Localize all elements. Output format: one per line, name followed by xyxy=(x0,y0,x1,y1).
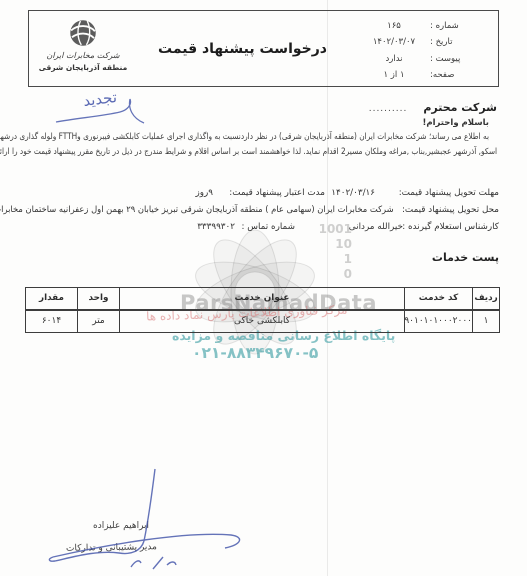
cell-service-title: کابلکشی خاکی xyxy=(120,310,405,333)
cell-row-number: ۱ xyxy=(473,310,500,333)
contact-label: شماره تماس : xyxy=(241,222,295,232)
meta-row-attachment: پیوست : ندارد xyxy=(358,52,492,66)
page-label: صفحه: xyxy=(430,68,492,82)
header-meta: شماره : ۱۶۵ تاریخ : ۱۴۰۲/۰۳/۰۷ پیوست : ن… xyxy=(348,11,498,86)
signature-strokes-icon xyxy=(35,465,265,576)
number-label: شماره : xyxy=(430,19,492,33)
company-name: شرکت مخابرات ایران xyxy=(46,51,119,60)
col-header-unit: واحد xyxy=(78,288,120,310)
cell-unit: متر xyxy=(78,310,120,333)
delivery-location-value: شرکت مخابرات ایران (سهامی عام ) منطقه آذ… xyxy=(0,205,394,215)
services-table: ردیف کد خدمت عنوان خدمت واحد مقدار ۱ ۹۰۱… xyxy=(25,287,500,333)
meta-row-page: صفحه: ۱ از ۱ xyxy=(358,68,492,82)
col-header-service-code: کد خدمت xyxy=(405,288,473,310)
company-region: منطقه آذربایجان شرقی xyxy=(39,63,128,72)
services-heading: پست خدمات xyxy=(432,251,499,264)
scanned-document-page: 1001 10 1 0 ParsNamadData مرکز فناوری اط… xyxy=(0,0,527,576)
table-row: ۱ ۹۰۱۰۱۰۱۰۰۰۲۰۰۰ کابلکشی خاکی متر ۶۰۱۴ xyxy=(26,310,500,333)
expert-value: خیرالله مردانی xyxy=(349,222,403,232)
recipient-line: شرکت محترم .......... xyxy=(369,101,497,114)
date-value: ۱۴۰۲/۰۳/۰۷ xyxy=(358,35,430,49)
recipient-dots: .......... xyxy=(369,104,408,114)
header-box: شماره : ۱۶۵ تاریخ : ۱۴۰۲/۰۳/۰۷ پیوست : ن… xyxy=(28,10,499,87)
meta-row-date: تاریخ : ۱۴۰۲/۰۳/۰۷ xyxy=(358,35,492,49)
page-value: ۱ از ۱ xyxy=(358,68,430,82)
col-header-quantity: مقدار xyxy=(26,288,78,310)
delivery-location-label: محل تحویل پیشنهاد قیمت: xyxy=(402,205,499,215)
company-logo-icon xyxy=(66,16,100,50)
number-value: ۱۶۵ xyxy=(358,19,430,33)
attachment-value: ندارد xyxy=(358,52,430,66)
validity-value: ۹روز xyxy=(196,188,213,198)
watermark-binary-digits: 1001 10 1 0 xyxy=(308,222,352,282)
meta-row-number: شماره : ۱۶۵ xyxy=(358,19,492,33)
attachment-label: پیوست : xyxy=(430,52,492,66)
expert-label: کارشناس استعلام گیرنده : xyxy=(402,222,499,232)
contact-value: ۳۳۳۹۹۳۰۲ xyxy=(197,222,235,232)
delivery-location-row: محل تحویل پیشنهاد قیمت: شرکت مخابرات ایر… xyxy=(27,205,499,215)
cell-quantity: ۶۰۱۴ xyxy=(26,310,78,333)
header-title-area: درخواست پیشنهاد قیمت xyxy=(137,11,348,86)
validity-label: مدت اعتبار پیشنهاد قیمت: xyxy=(229,188,325,198)
deadline-label: مهلت تحویل پیشنهاد قیمت: xyxy=(399,188,499,198)
recipient-title: شرکت محترم xyxy=(423,101,497,114)
cell-service-code: ۹۰۱۰۱۰۱۰۰۰۲۰۰۰ xyxy=(405,310,473,333)
header-org: شرکت مخابرات ایران منطقه آذربایجان شرقی xyxy=(29,11,137,86)
intro-paragraph-line1: به اطلاع می رساند؛ شرکت مخابرات ایران (م… xyxy=(0,131,489,141)
table-header-row: ردیف کد خدمت عنوان خدمت واحد مقدار xyxy=(26,288,500,310)
doc-title: درخواست پیشنهاد قیمت xyxy=(158,41,327,57)
deadline-value: ۱۴۰۲/۰۳/۱۶ xyxy=(331,188,375,198)
intro-paragraph-line2: اسکو, آذرشهر عجبشیر,بناب ,مراغه وملکان م… xyxy=(0,146,497,156)
col-header-row-number: ردیف xyxy=(473,288,500,310)
handwritten-stroke-icon xyxy=(48,96,158,130)
greeting-line: باسلام واحترام! xyxy=(423,118,490,128)
date-label: تاریخ : xyxy=(430,35,492,49)
watermark-phone: ۰۲۱-۸۸۳۴۹۶۷۰-۵ xyxy=(192,344,318,362)
col-header-service-title: عنوان خدمت xyxy=(120,288,405,310)
